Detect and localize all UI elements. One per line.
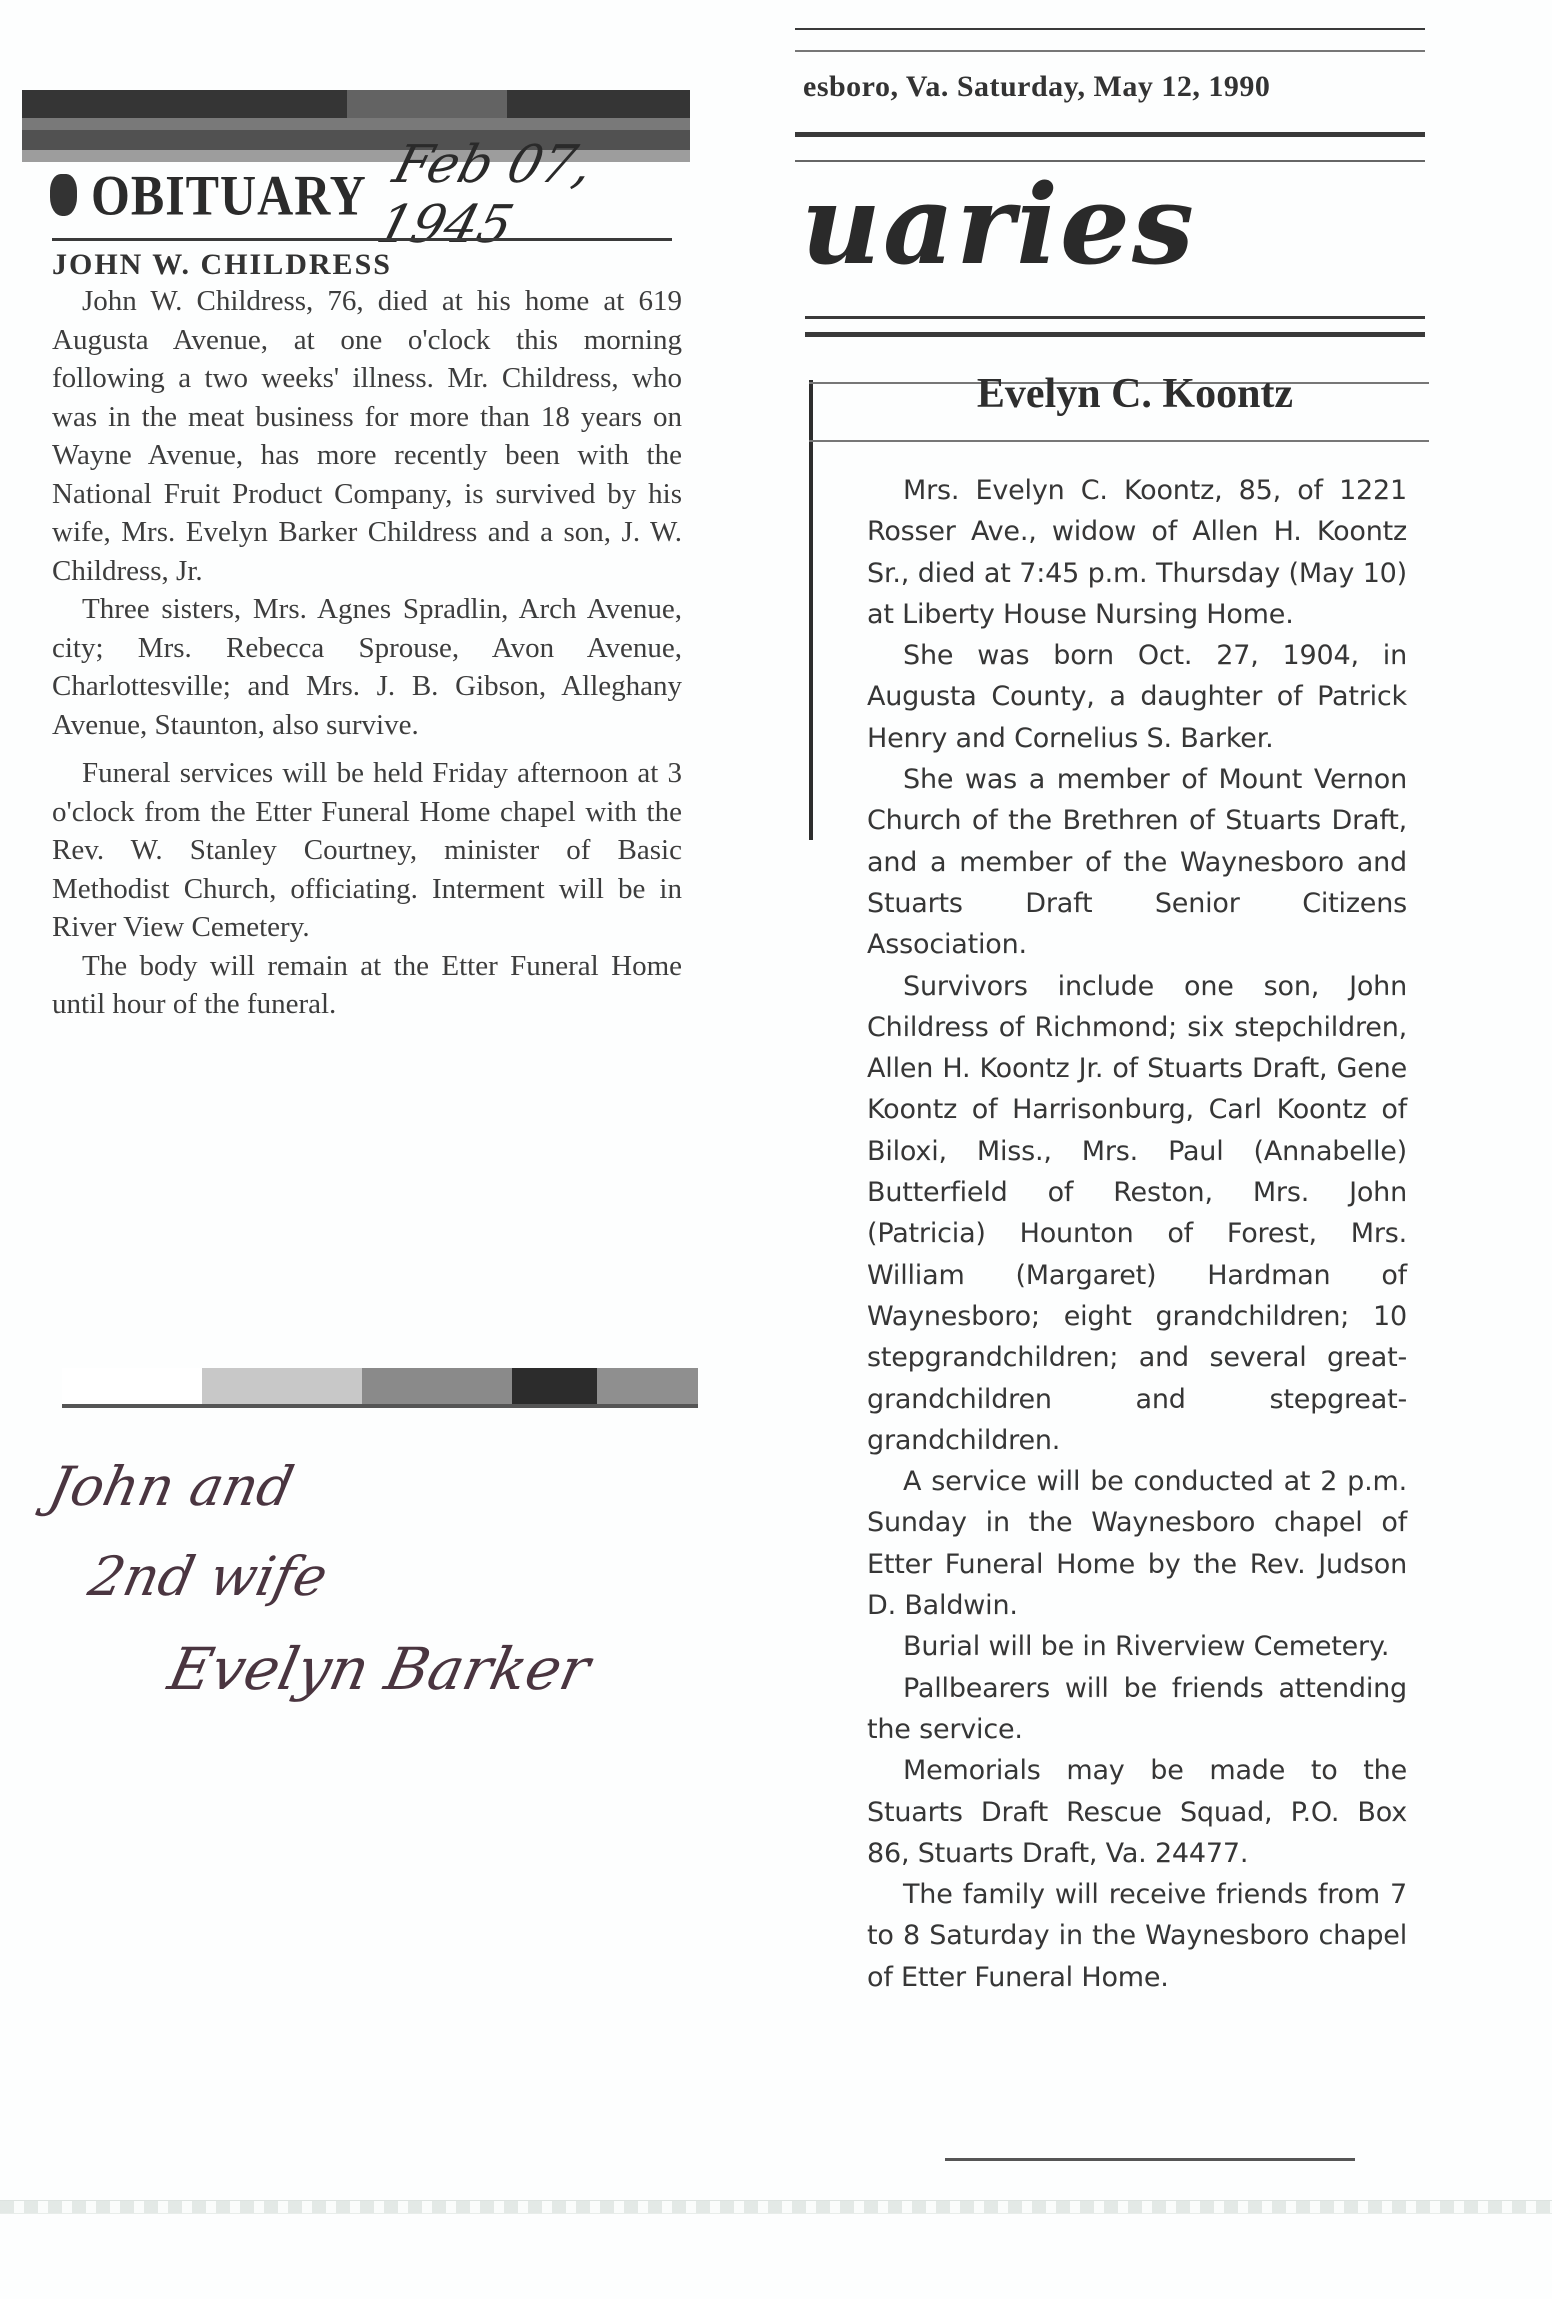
rule	[795, 50, 1425, 52]
note-line: John and	[43, 1455, 299, 1518]
deceased-name-heading: JOHN W. CHILDRESS	[52, 248, 692, 282]
paragraph: Memorials may be made to the Stuarts Dra…	[867, 1750, 1407, 1874]
page-protector-edge	[0, 2200, 1552, 2214]
paragraph: A service will be conducted at 2 p.m. Su…	[867, 1461, 1407, 1626]
obituary-clipping-1990: esboro, Va. Saturday, May 12, 1990 uarie…	[795, 20, 1435, 2180]
rule	[805, 316, 1425, 319]
paragraph: Survivors include one son, John Childres…	[867, 966, 1407, 1462]
paragraph: Pallbearers will be friends attending th…	[867, 1668, 1407, 1751]
note-line: 2nd wife	[83, 1545, 333, 1608]
paragraph: The family will receive friends from 7 t…	[867, 1874, 1407, 1998]
paragraph: John W. Childress, 76, died at his home …	[52, 282, 682, 590]
rule	[795, 132, 1425, 137]
obituary-body: Mrs. Evelyn C. Koontz, 85, of 1221 Rosse…	[867, 470, 1407, 1998]
handwritten-note: John and 2nd wife Evelyn Barker	[30, 1455, 680, 1755]
paragraph: Burial will be in Riverview Cemetery.	[867, 1626, 1407, 1667]
paragraph: She was born Oct. 27, 1904, in Augusta C…	[867, 635, 1407, 759]
paragraph: Mrs. Evelyn C. Koontz, 85, of 1221 Rosse…	[867, 470, 1407, 635]
obituary-body: John W. Childress, 76, died at his home …	[52, 282, 682, 1024]
header-rule	[52, 238, 672, 241]
obituary-clipping-1945: OBITUARY Feb 07, 1945 JOHN W. CHILDRESS …	[22, 90, 697, 1410]
deceased-name-heading: Evelyn C. Koontz	[855, 370, 1415, 418]
paragraph: She was a member of Mount Vernon Church …	[867, 759, 1407, 965]
rule	[809, 440, 1429, 442]
section-label: OBITUARY	[91, 162, 367, 229]
obituary-header: OBITUARY Feb 07, 1945	[50, 160, 697, 230]
bullet-icon	[50, 174, 77, 216]
footer-bar	[62, 1368, 698, 1408]
rule	[795, 28, 1425, 30]
handwritten-date: Feb 07, 1945	[371, 135, 713, 255]
note-line: Evelyn Barker	[163, 1635, 596, 1703]
paragraph: The body will remain at the Etter Funera…	[52, 947, 682, 1024]
rule	[805, 332, 1425, 337]
paragraph: Three sisters, Mrs. Agnes Spradlin, Arch…	[52, 590, 682, 744]
section-title: uaries	[801, 170, 1196, 280]
paragraph: Funeral services will be held Friday aft…	[52, 754, 682, 947]
box-border	[809, 380, 813, 840]
end-rule	[945, 2158, 1355, 2161]
dateline: esboro, Va. Saturday, May 12, 1990	[803, 70, 1270, 104]
